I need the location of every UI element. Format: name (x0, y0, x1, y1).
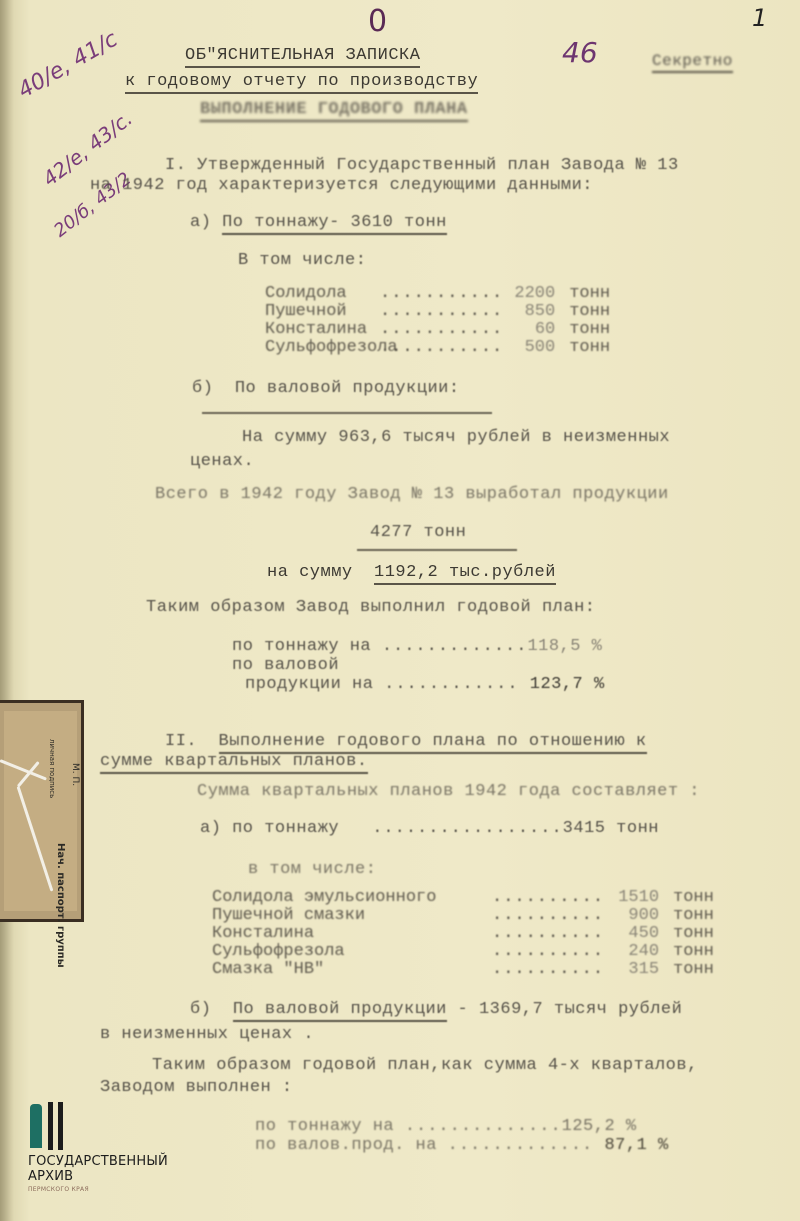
logo-bar (58, 1102, 63, 1150)
section1-total-line: Всего в 1942 году Завод № 13 выработал п… (155, 485, 669, 504)
total-sum-prefix: на сумму (267, 563, 353, 582)
file-tab-text-2: Нач. паспорт. группы (55, 843, 66, 968)
item-value: 60 (503, 320, 555, 339)
item-unit: тонн (673, 960, 714, 979)
document-title: ОБ"ЯСНИТЕЛЬНАЯ ЗАПИСКА (185, 46, 420, 65)
leader-dots: ........... (380, 320, 503, 339)
section1-result-gross: продукции на ............ 123,7 % (245, 675, 605, 694)
list-item: Пушечной смазки..........900тонн (212, 906, 714, 925)
section2-heading-line1: II. Выполнение годового плана по отношен… (165, 732, 647, 751)
archive-file-tab: М. П. Нач. паспорт. группы личная подпис… (0, 700, 84, 922)
result-label: по валов.прод. на (255, 1136, 437, 1155)
section2-b-text: По валовой продукции (233, 1000, 447, 1022)
section1-sum-line2: ценах. (190, 452, 254, 471)
margin-note-1: 40/е, 41/с (14, 27, 122, 104)
file-tab-text-1: М. П. (70, 763, 80, 786)
item-value: 900 (604, 906, 659, 925)
section1-a-text: По тоннажу- 3610 тонн (222, 213, 447, 235)
item-value: 500 (503, 338, 555, 357)
leader-dots: ................. (350, 819, 563, 838)
document-subtitle-text: к годовому отчету по производству (125, 72, 478, 94)
item-value: 315 (604, 960, 659, 979)
logo-mark (28, 1100, 168, 1150)
divider (357, 549, 517, 551)
classification-text: Секретно (652, 52, 733, 73)
list-item: Консталина..........450тонн (212, 924, 714, 943)
section1-result-gross-label: по валовой (232, 656, 339, 675)
section2-result-gross: по валов.прод. на ............. 87,1 % (255, 1136, 669, 1155)
item-name: Сульфофрезола (265, 338, 380, 357)
section1-b: б) По валовой продукции: (192, 379, 460, 398)
item-name: Сульфофрезола (212, 942, 492, 961)
section2-a: а) по тоннажу .................3415 тонн (200, 819, 659, 838)
section1-conclusion: Таким образом Завод выполнил годовой пла… (146, 598, 595, 617)
section1-a-label: а) (190, 213, 211, 232)
list-item: Солидола эмульсионного..........1510тонн (212, 888, 714, 907)
item-unit: тонн (673, 888, 714, 907)
archive-logo: ГОСУДАРСТВЕННЫЙ АРХИВ ПЕРМСКОГО КРАЯ (28, 1100, 168, 1193)
leader-dots: ........... (380, 302, 503, 321)
leader-dots: ............. (382, 637, 528, 656)
section2-a-text: а) по тоннажу (200, 819, 339, 838)
section1-intro-line1: I. Утвержденный Государственный план Зав… (165, 156, 679, 175)
section1-a: а) По тоннажу- 3610 тонн (190, 213, 447, 232)
item-unit: тонн (569, 284, 610, 303)
logo-line1: ГОСУДАРСТВЕННЫЙ (28, 1154, 168, 1169)
document-title-text: ОБ"ЯСНИТЕЛЬНАЯ ЗАПИСКА (185, 46, 420, 68)
section2-b: б) По валовой продукции - 1369,7 тысяч р… (190, 1000, 682, 1019)
result-value: 123,7 % (530, 675, 605, 694)
result-label: по тоннажу на (255, 1117, 394, 1136)
leader-dots: .......... (492, 942, 604, 961)
item-name: Солидола эмульсионного (212, 888, 492, 907)
section2-heading-text2: сумме квартальных планов. (100, 752, 368, 774)
section2-heading-line2: сумме квартальных планов. (100, 752, 368, 771)
leader-dots: ........... (380, 338, 503, 357)
divider (202, 412, 492, 414)
leader-dots: .......... (492, 888, 604, 907)
section-heading: ВЫПОЛНЕНИЕ ГОДОВОГО ПЛАНА (200, 100, 468, 119)
item-name: Пушечной смазки (212, 906, 492, 925)
section2-conclusion-line1: Таким образом годовой план,как сумма 4-х… (152, 1056, 698, 1075)
item-value: 1510 (604, 888, 659, 907)
section2-including: в том числе: (248, 860, 376, 879)
logo-line3: ПЕРМСКОГО КРАЯ (28, 1186, 168, 1193)
section2-a-value: 3415 тонн (563, 819, 659, 838)
item-name: Консталина (212, 924, 492, 943)
list-item: Смазка "НВ"..........315тонн (212, 960, 714, 979)
column-figure-icon (30, 1104, 42, 1148)
section2-b-line2: в неизменных ценах . (100, 1025, 314, 1044)
logo-line2: АРХИВ (28, 1169, 168, 1184)
section2-intro: Сумма квартальных планов 1942 года соста… (197, 782, 700, 801)
item-unit: тонн (569, 302, 610, 321)
section2-result-tonnage: по тоннажу на ..............125,2 % (255, 1117, 637, 1136)
file-tab-text-3: личная подпись (48, 739, 56, 798)
leader-dots: ............. (448, 1136, 605, 1155)
item-value: 240 (604, 942, 659, 961)
leader-dots: .......... (492, 960, 604, 979)
classification-stamp: Секретно (652, 52, 733, 70)
result-value: 125,2 % (562, 1117, 637, 1136)
section2-conclusion-line2: Заводом выполнен : (100, 1078, 293, 1097)
list-item: Сульфофрезола...........500тонн (265, 338, 610, 357)
item-unit: тонн (673, 924, 714, 943)
document-subtitle: к годовому отчету по производству (125, 72, 478, 91)
section2-b-value: - 1369,7 тысяч рублей (447, 1000, 682, 1019)
section1-sum-line1: На сумму 963,6 тысяч рублей в неизменных (242, 428, 670, 447)
list-item: Сульфофрезола..........240тонн (212, 942, 714, 961)
total-sum-value: 1192,2 тыс.рублей (374, 563, 556, 585)
item-name: Солидола (265, 284, 380, 303)
item-name: Пушечной (265, 302, 380, 321)
list-item: Консталина...........60тонн (265, 320, 610, 339)
result-value: 87,1 % (604, 1136, 668, 1155)
section2-number: II. (165, 732, 197, 751)
item-unit: тонн (569, 320, 610, 339)
item-value: 2200 (503, 284, 555, 303)
section1-result-tonnage: по тоннажу на .............118,5 % (232, 637, 602, 656)
handwritten-number: 46 (562, 36, 598, 69)
section1-b-label: б) (192, 379, 213, 398)
file-tab-paper (4, 711, 77, 911)
item-name: Консталина (265, 320, 380, 339)
section1-total-tons: 4277 тонн (370, 523, 466, 542)
leader-dots: ........... (380, 284, 503, 303)
list-item: Пушечной...........850тонн (265, 302, 610, 321)
leader-dots: .............. (405, 1117, 562, 1136)
result-label: продукции на (245, 675, 373, 694)
list-item: Солидола...........2200тонн (265, 284, 610, 303)
section2-heading-text: Выполнение годового плана по отношению к (219, 732, 647, 754)
logo-bar (48, 1102, 53, 1150)
section1-number: I. (165, 156, 186, 175)
item-name: Смазка "НВ" (212, 960, 492, 979)
section-heading-text: ВЫПОЛНЕНИЕ ГОДОВОГО ПЛАНА (200, 100, 468, 122)
result-value: 118,5 % (527, 637, 602, 656)
section2-b-label: б) (190, 1000, 211, 1019)
page-number: 1 (752, 4, 767, 32)
leader-dots: .......... (492, 924, 604, 943)
section1-including: В том числе: (238, 251, 366, 270)
result-label: по тоннажу на (232, 637, 371, 656)
page-mark: 0 (368, 4, 387, 39)
page-edge-shadow (0, 0, 14, 1221)
section1-total-sum: на сумму 1192,2 тыс.рублей (267, 563, 556, 582)
leader-dots: ............ (384, 675, 530, 694)
item-unit: тонн (673, 942, 714, 961)
leader-dots: .......... (492, 906, 604, 925)
item-unit: тонн (569, 338, 610, 357)
section1-b-text: По валовой продукции: (235, 379, 460, 398)
section1-intro-line2: на 1942 год характеризуется следующими д… (90, 176, 593, 195)
item-value: 850 (503, 302, 555, 321)
section1-intro-text: Утвержденный Государственный план Завода… (197, 156, 679, 175)
item-unit: тонн (673, 906, 714, 925)
item-value: 450 (604, 924, 659, 943)
